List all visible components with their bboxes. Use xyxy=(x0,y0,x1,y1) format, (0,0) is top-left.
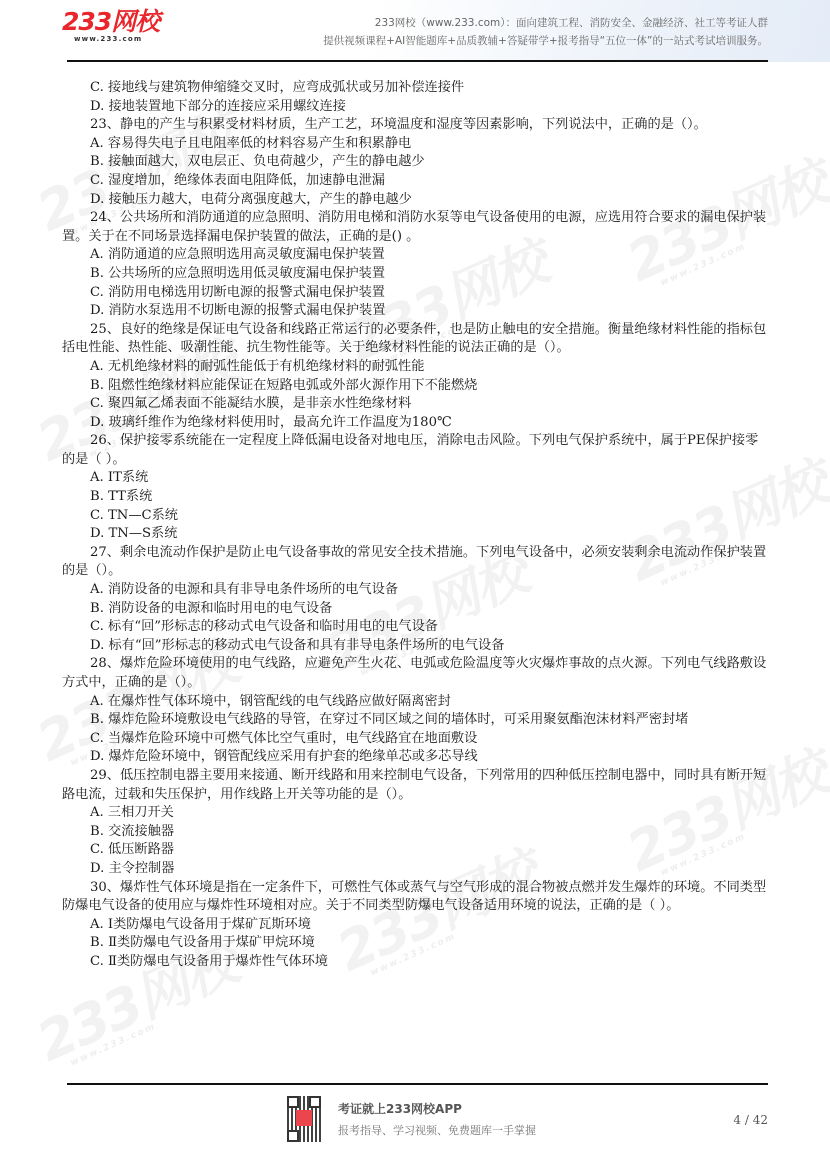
answer-option: B. 爆炸危险环境敷设电气线路的导管，在穿过不同区域之间的墙体时，可采用聚氨酯泡… xyxy=(62,711,770,730)
answer-option: A. 无机绝缘材料的耐弧性能低于有机绝缘材料的耐弧性能 xyxy=(62,358,770,377)
question-stem: 30、爆炸性气体环境是指在一定条件下，可燃性气体或蒸气与空气形成的混合物被点燃并… xyxy=(62,879,770,916)
answer-option: C. 湿度增加，绝缘体表面电阻降低，加速静电泄漏 xyxy=(62,172,770,191)
answer-option: A. 三相刀开关 xyxy=(62,804,770,823)
answer-option: A. Ⅰ类防爆电气设备用于煤矿瓦斯环境 xyxy=(62,916,770,935)
answer-option: C. 消防用电梯选用切断电源的报警式漏电保护装置 xyxy=(62,284,770,303)
answer-option: C. 接地线与建筑物伸缩缝交叉时，应弯成弧状或另加补偿连接件 xyxy=(62,79,770,98)
answer-option: C. 聚四氟乙烯表面不能凝结水膜，是非亲水性绝缘材料 xyxy=(62,395,770,414)
qr-code[interactable] xyxy=(287,1096,321,1142)
question-stem: 26、保护接零系统能在一定程度上降低漏电设备对地电压，消除电击风险。下列电气保护… xyxy=(62,432,770,469)
header-tagline-1: 233网校（www.233.com）：面向建筑工程、消防安全、金融经济、社工等考… xyxy=(375,15,768,30)
answer-option: A. 消防通道的应急照明选用高灵敏度漏电保护装置 xyxy=(62,246,770,265)
footer-divider xyxy=(67,1083,768,1085)
footer-app-title: 考证就上233网校APP xyxy=(338,1100,462,1117)
page-header: 233网校 www.233.com 233网校（www.233.com）：面向建… xyxy=(0,0,830,62)
answer-option: D. 玻璃纤维作为绝缘材料使用时，最高允许工作温度为180℃ xyxy=(62,414,770,433)
answer-option: C. Ⅱ类防爆电气设备用于爆炸性气体环境 xyxy=(62,953,770,972)
answer-option: A. 在爆炸性气体环境中，钢管配线的电气线路应做好隔离密封 xyxy=(62,693,770,712)
answer-option: B. TT系统 xyxy=(62,488,770,507)
brand-logo[interactable]: 233网校 www.233.com xyxy=(62,9,172,49)
qr-logo-icon xyxy=(296,1110,312,1126)
answer-option: D. 接地装置地下部分的连接应采用螺纹连接 xyxy=(62,98,770,117)
answer-option: A. 消防设备的电源和具有非导电条件场所的电气设备 xyxy=(62,581,770,600)
logo-text: 233网校 xyxy=(62,9,172,35)
question-stem: 25、良好的绝缘是保证电气设备和线路正常运行的必要条件，也是防止触电的安全措施。… xyxy=(62,321,770,358)
answer-option: C. 标有“回”形标志的移动式电气设备和临时用电的电气设备 xyxy=(62,618,770,637)
question-stem: 23、静电的产生与积累受材料材质，生产工艺，环境温度和湿度等因素影响，下列说法中… xyxy=(62,116,770,135)
answer-option: C. TN—C系统 xyxy=(62,507,770,526)
answer-option: D. 标有“回”形标志的移动式电气设备和具有非导电条件场所的电气设备 xyxy=(62,637,770,656)
answer-option: B. Ⅱ类防爆电气设备用于煤矿甲烷环境 xyxy=(62,934,770,953)
page-number: 4 / 42 xyxy=(733,1113,768,1127)
document-body: C. 接地线与建筑物伸缩缝交叉时，应弯成弧状或另加补偿连接件D. 接地装置地下部… xyxy=(62,79,770,972)
answer-option: B. 交流接触器 xyxy=(62,823,770,842)
footer-app-subtitle: 报考指导、学习视频、免费题库一手掌握 xyxy=(338,1122,536,1138)
question-stem: 27、剩余电流动作保护是防止电气设备事故的常见安全技术措施。下列电气设备中，必须… xyxy=(62,544,770,581)
answer-option: D. 主令控制器 xyxy=(62,860,770,879)
logo-url: www.233.com xyxy=(74,35,172,43)
header-tagline-2: 提供视频课程+AI智能题库+品质教辅+答疑带学+报考指导“五位一体”的一站式考试… xyxy=(323,33,768,48)
question-stem: 24、公共场所和消防通道的应急照明、消防用电梯和消防水泵等电气设备使用的电源，应… xyxy=(62,209,770,246)
answer-option: B. 接触面越大，双电层正、负电荷越少，产生的静电越少 xyxy=(62,153,770,172)
answer-option: A. IT系统 xyxy=(62,469,770,488)
answer-option: B. 消防设备的电源和临时用电的电气设备 xyxy=(62,600,770,619)
answer-option: D. 爆炸危险环境中，钢管配线应采用有护套的绝缘单芯或多芯导线 xyxy=(62,748,770,767)
question-stem: 29、低压控制电器主要用来接通、断开线路和用来控制电气设备，下列常用的四种低压控… xyxy=(62,767,770,804)
header-divider xyxy=(67,60,768,62)
answer-option: C. 低压断路器 xyxy=(62,841,770,860)
answer-option: D. 消防水泵选用不切断电源的报警式漏电保护装置 xyxy=(62,302,770,321)
answer-option: B. 公共场所的应急照明选用低灵敏度漏电保护装置 xyxy=(62,265,770,284)
answer-option: C. 当爆炸危险环境中可燃气体比空气重时，电气线路宜在地面敷设 xyxy=(62,730,770,749)
question-stem: 28、爆炸危险环境使用的电气线路，应避免产生火花、电弧或危险温度等火灾爆炸事故的… xyxy=(62,655,770,692)
answer-option: D. TN—S系统 xyxy=(62,525,770,544)
answer-option: A. 容易得失电子且电阻率低的材料容易产生和积累静电 xyxy=(62,135,770,154)
answer-option: D. 接触压力越大，电荷分离强度越大，产生的静电越少 xyxy=(62,191,770,210)
answer-option: B. 阻燃性绝缘材料应能保证在短路电弧或外部火源作用下不能燃烧 xyxy=(62,377,770,396)
